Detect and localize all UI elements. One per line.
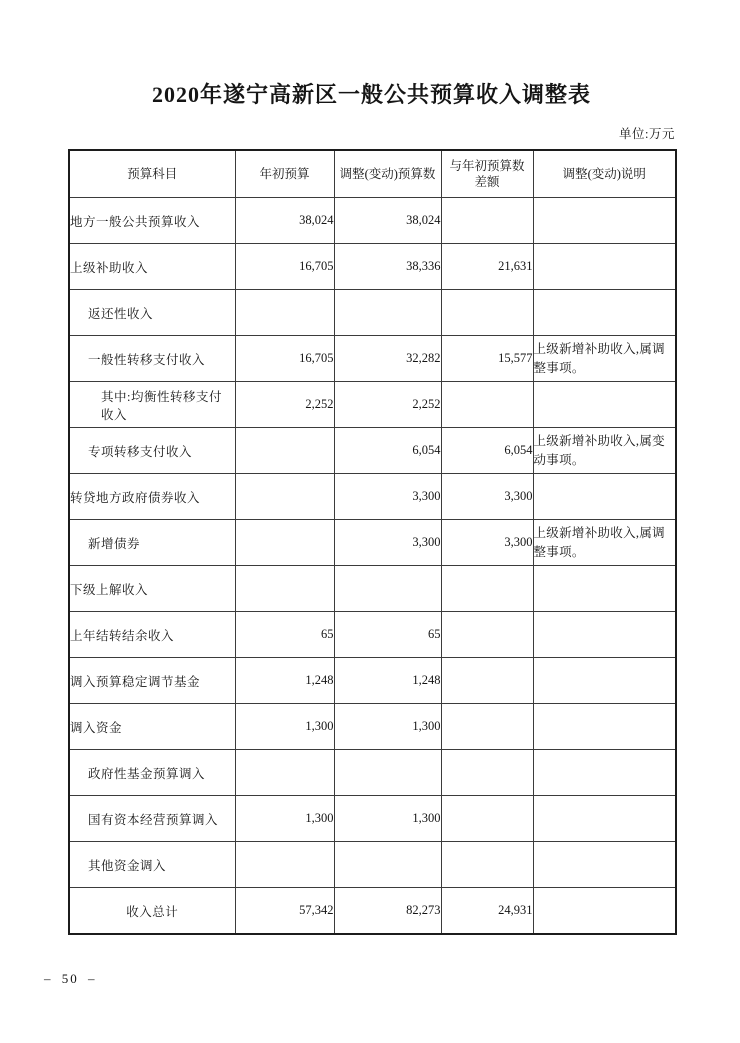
document-content: 2020年遂宁高新区一般公共预算收入调整表 单位:万元 预算科目 年初预算 调整… <box>68 0 675 935</box>
adjusted-budget-cell: 32,282 <box>334 336 441 382</box>
note-cell <box>533 750 676 796</box>
total-row: 收入总计 57,342 82,273 24,931 <box>69 888 676 934</box>
subject-cell: 国有资本经营预算调入 <box>69 796 235 842</box>
adjusted-budget-cell: 1,248 <box>334 658 441 704</box>
table-row: 地方一般公共预算收入 38,024 38,024 <box>69 198 676 244</box>
page-title: 2020年遂宁高新区一般公共预算收入调整表 <box>68 82 675 108</box>
table-row: 政府性基金预算调入 <box>69 750 676 796</box>
adjusted-budget-cell <box>334 290 441 336</box>
header-difference-line2: 差额 <box>442 174 533 191</box>
budget-table: 预算科目 年初预算 调整(变动)预算数 与年初预算数 差额 调整(变动)说明 地… <box>68 149 677 935</box>
subject-cell: 转贷地方政府债券收入 <box>69 474 235 520</box>
note-cell <box>533 796 676 842</box>
note-cell <box>533 382 676 428</box>
adjusted-budget-cell: 1,300 <box>334 704 441 750</box>
initial-budget-cell: 1,300 <box>235 704 334 750</box>
note-cell <box>533 290 676 336</box>
initial-budget-cell <box>235 520 334 566</box>
initial-budget-cell: 65 <box>235 612 334 658</box>
subject-cell: 调入预算稳定调节基金 <box>69 658 235 704</box>
subject-cell: 地方一般公共预算收入 <box>69 198 235 244</box>
difference-cell <box>441 704 533 750</box>
note-cell <box>533 612 676 658</box>
note-cell: 上级新增补助收入,属变动事项。 <box>533 428 676 474</box>
table-row: 返还性收入 <box>69 290 676 336</box>
difference-cell <box>441 290 533 336</box>
subject-cell: 其中:均衡性转移支付收入 <box>69 382 235 428</box>
difference-cell <box>441 842 533 888</box>
adjusted-budget-cell: 6,054 <box>334 428 441 474</box>
note-cell <box>533 842 676 888</box>
subject-cell: 调入资金 <box>69 704 235 750</box>
initial-budget-cell: 1,248 <box>235 658 334 704</box>
note-cell <box>533 244 676 290</box>
initial-budget-cell <box>235 842 334 888</box>
subject-cell: 其他资金调入 <box>69 842 235 888</box>
table-row: 新增债券 3,300 3,300 上级新增补助收入,属调整事项。 <box>69 520 676 566</box>
adjusted-budget-cell <box>334 750 441 796</box>
adjusted-budget-cell: 65 <box>334 612 441 658</box>
subject-cell: 返还性收入 <box>69 290 235 336</box>
difference-cell <box>441 566 533 612</box>
header-row: 预算科目 年初预算 调整(变动)预算数 与年初预算数 差额 调整(变动)说明 <box>69 150 676 198</box>
subject-cell: 新增债券 <box>69 520 235 566</box>
difference-cell <box>441 658 533 704</box>
table-row: 其他资金调入 <box>69 842 676 888</box>
table-row: 上年结转结余收入 65 65 <box>69 612 676 658</box>
unit-label: 单位:万元 <box>68 124 675 142</box>
table-row: 调入预算稳定调节基金 1,248 1,248 <box>69 658 676 704</box>
document-page: 2020年遂宁高新区一般公共预算收入调整表 单位:万元 预算科目 年初预算 调整… <box>0 0 740 1043</box>
header-difference: 与年初预算数 差额 <box>441 150 533 198</box>
note-cell <box>533 198 676 244</box>
adjusted-budget-cell: 3,300 <box>334 474 441 520</box>
subject-cell: 收入总计 <box>69 888 235 934</box>
initial-budget-cell: 16,705 <box>235 336 334 382</box>
adjusted-budget-cell <box>334 842 441 888</box>
table-row: 下级上解收入 <box>69 566 676 612</box>
table-row: 调入资金 1,300 1,300 <box>69 704 676 750</box>
difference-cell: 15,577 <box>441 336 533 382</box>
difference-cell: 6,054 <box>441 428 533 474</box>
initial-budget-cell <box>235 428 334 474</box>
subject-cell: 一般性转移支付收入 <box>69 336 235 382</box>
note-cell <box>533 704 676 750</box>
header-adjusted-budget: 调整(变动)预算数 <box>334 150 441 198</box>
initial-budget-cell: 57,342 <box>235 888 334 934</box>
table-row: 其中:均衡性转移支付收入 2,252 2,252 <box>69 382 676 428</box>
difference-cell <box>441 612 533 658</box>
adjusted-budget-cell: 2,252 <box>334 382 441 428</box>
initial-budget-cell <box>235 566 334 612</box>
adjusted-budget-cell: 82,273 <box>334 888 441 934</box>
difference-cell <box>441 796 533 842</box>
difference-cell: 3,300 <box>441 474 533 520</box>
note-cell <box>533 658 676 704</box>
subject-cell: 政府性基金预算调入 <box>69 750 235 796</box>
initial-budget-cell: 16,705 <box>235 244 334 290</box>
difference-cell: 24,931 <box>441 888 533 934</box>
table-row: 专项转移支付收入 6,054 6,054 上级新增补助收入,属变动事项。 <box>69 428 676 474</box>
note-cell: 上级新增补助收入,属调整事项。 <box>533 520 676 566</box>
difference-cell: 21,631 <box>441 244 533 290</box>
table-row: 一般性转移支付收入 16,705 32,282 15,577 上级新增补助收入,… <box>69 336 676 382</box>
note-cell <box>533 888 676 934</box>
adjusted-budget-cell <box>334 566 441 612</box>
note-cell <box>533 566 676 612</box>
table-row: 上级补助收入 16,705 38,336 21,631 <box>69 244 676 290</box>
initial-budget-cell <box>235 290 334 336</box>
difference-cell <box>441 382 533 428</box>
adjusted-budget-cell: 38,336 <box>334 244 441 290</box>
table-row: 转贷地方政府债券收入 3,300 3,300 <box>69 474 676 520</box>
difference-cell <box>441 750 533 796</box>
adjusted-budget-cell: 38,024 <box>334 198 441 244</box>
note-cell: 上级新增补助收入,属调整事项。 <box>533 336 676 382</box>
difference-cell <box>441 198 533 244</box>
header-note: 调整(变动)说明 <box>533 150 676 198</box>
header-subject: 预算科目 <box>69 150 235 198</box>
initial-budget-cell: 2,252 <box>235 382 334 428</box>
initial-budget-cell: 1,300 <box>235 796 334 842</box>
table-row: 国有资本经营预算调入 1,300 1,300 <box>69 796 676 842</box>
page-number: – 50 – <box>44 971 97 987</box>
initial-budget-cell <box>235 750 334 796</box>
adjusted-budget-cell: 1,300 <box>334 796 441 842</box>
difference-cell: 3,300 <box>441 520 533 566</box>
subject-cell: 专项转移支付收入 <box>69 428 235 474</box>
subject-cell: 上级补助收入 <box>69 244 235 290</box>
header-initial-budget: 年初预算 <box>235 150 334 198</box>
subject-cell: 上年结转结余收入 <box>69 612 235 658</box>
note-cell <box>533 474 676 520</box>
subject-cell: 下级上解收入 <box>69 566 235 612</box>
initial-budget-cell: 38,024 <box>235 198 334 244</box>
adjusted-budget-cell: 3,300 <box>334 520 441 566</box>
initial-budget-cell <box>235 474 334 520</box>
header-difference-line1: 与年初预算数 <box>442 158 533 175</box>
